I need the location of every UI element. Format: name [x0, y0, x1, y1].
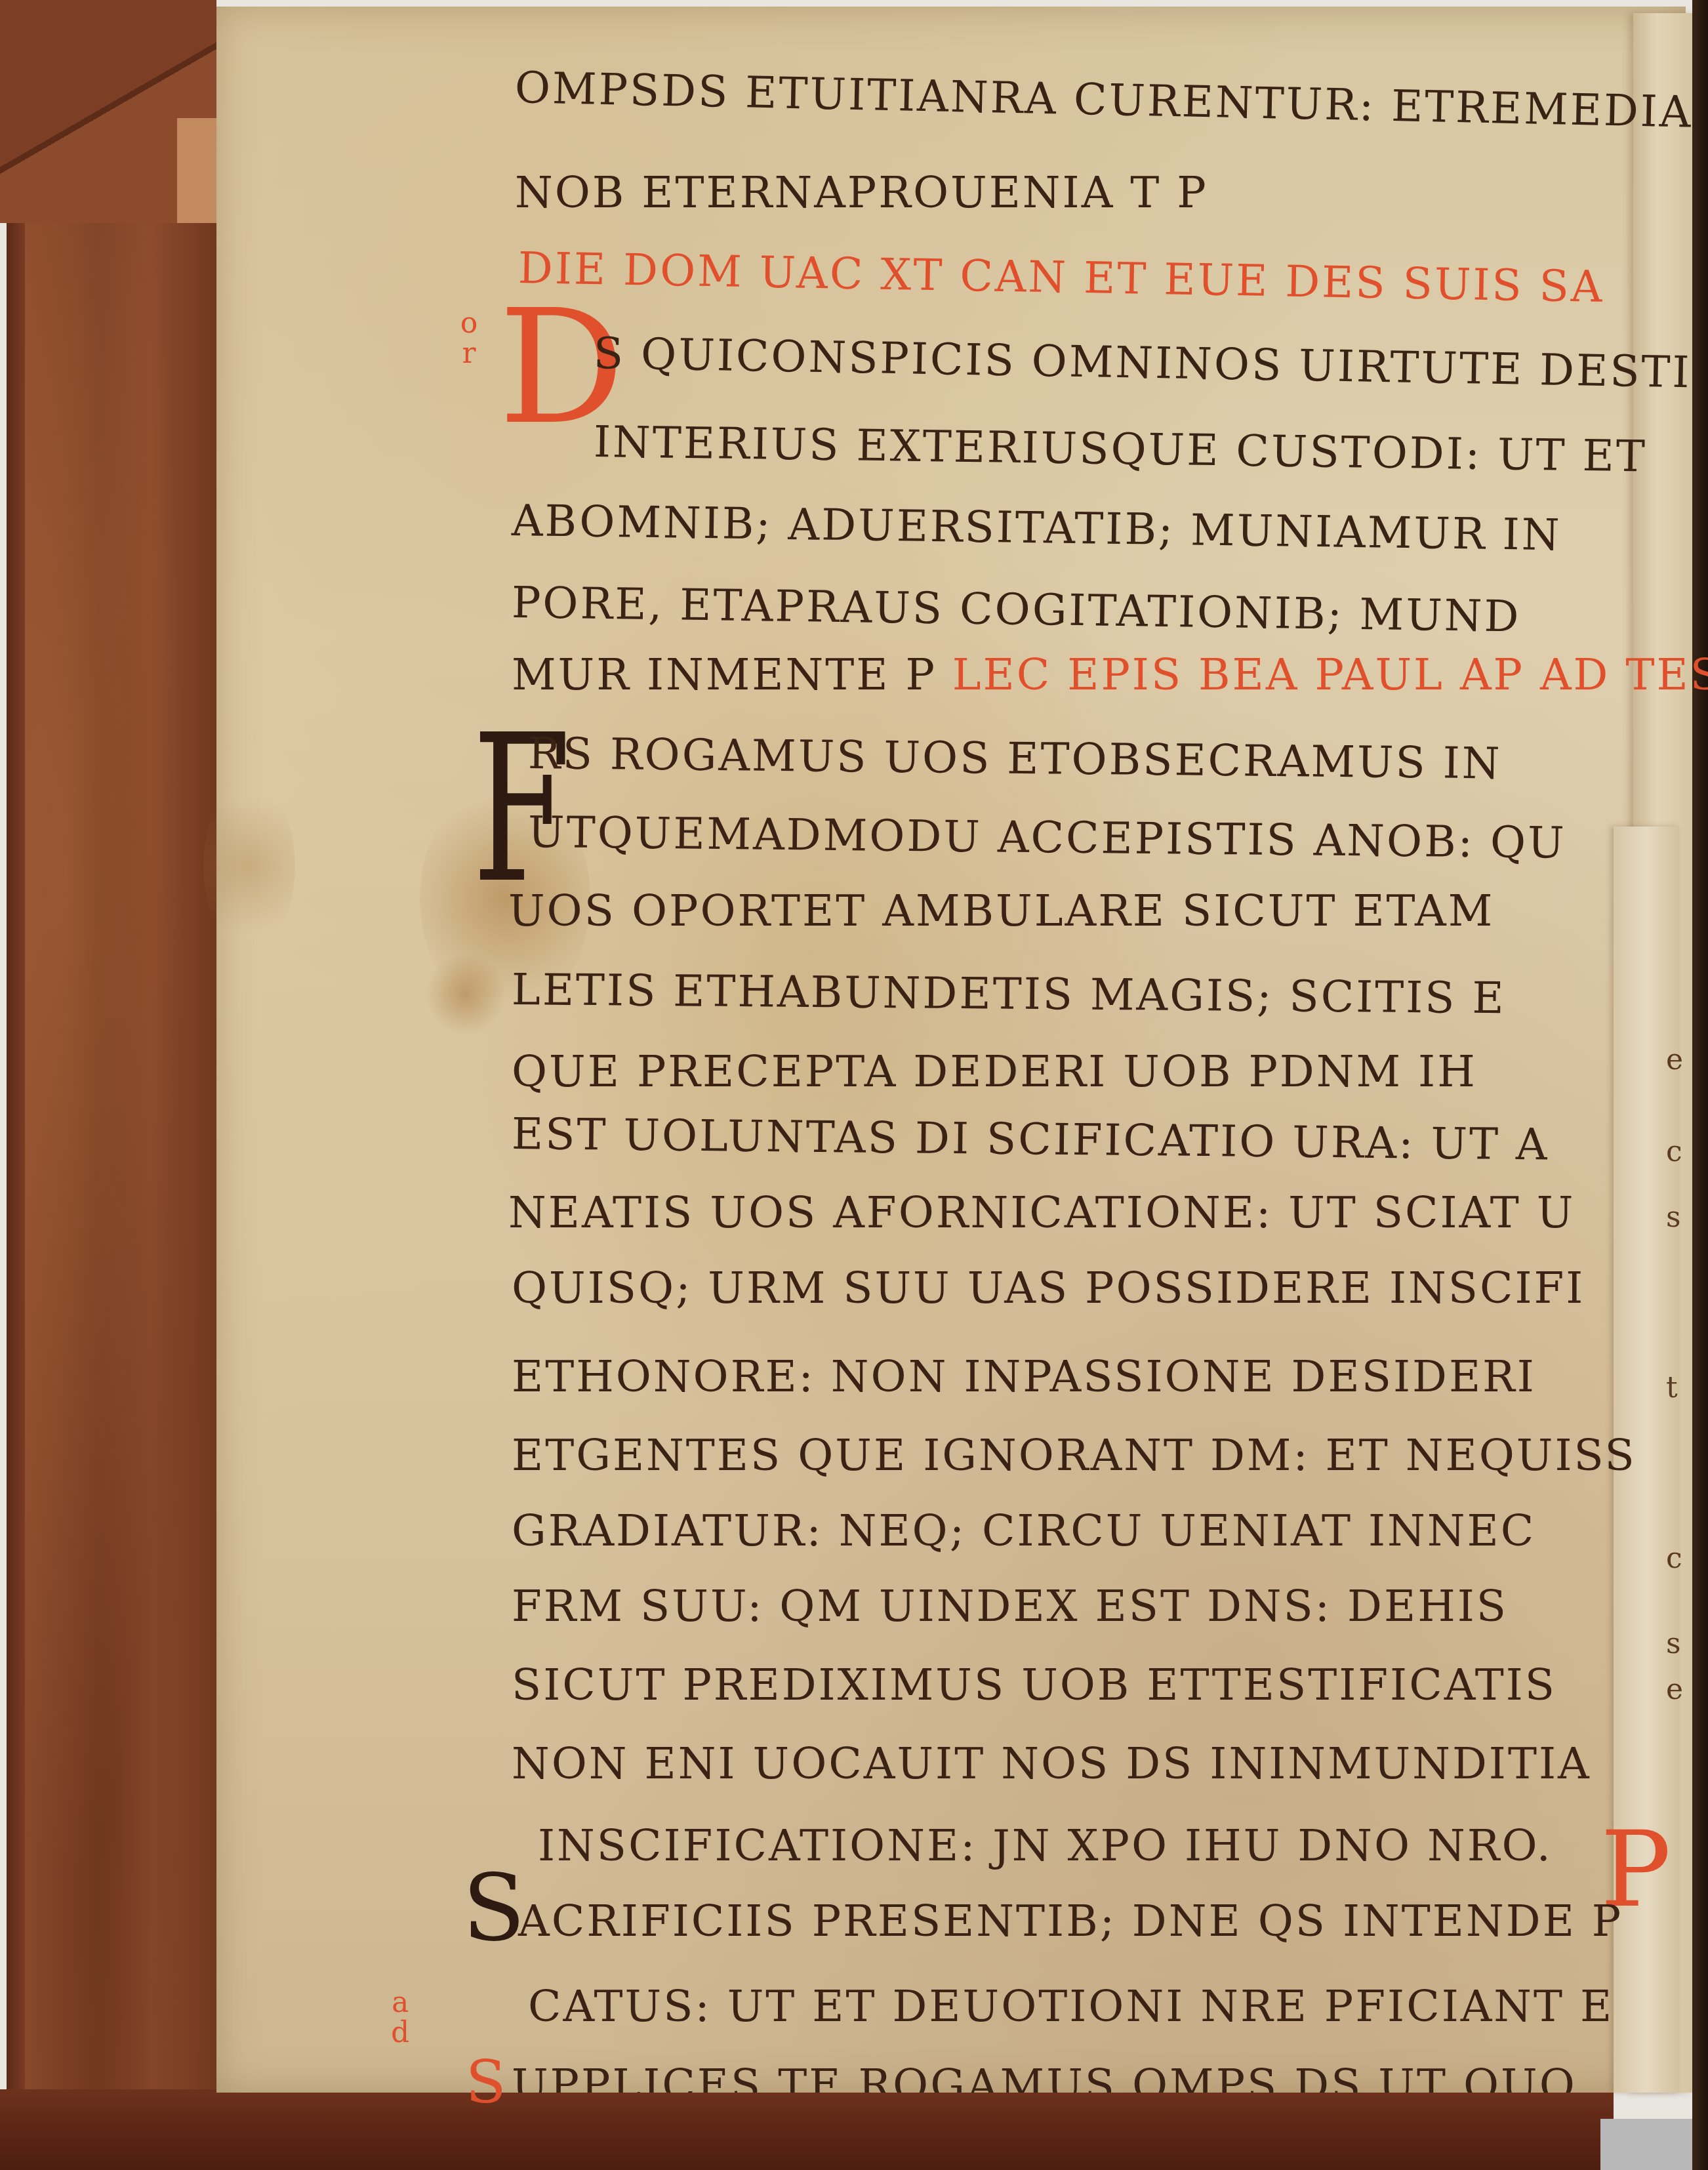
verso-fragment: e: [1666, 1036, 1683, 1084]
text-line-10: uos oportet ambulare sicut etam: [508, 886, 1494, 936]
leather-binding-bottom: [0, 2089, 1614, 2170]
text-line-18: gradiatur: neq; circu ueniat innec: [512, 1505, 1535, 1556]
text-line-11: letis ethabundetis magis; scitis e: [512, 964, 1506, 1023]
dark-initial-s: S: [462, 1863, 525, 1955]
verso-fragment: s: [1666, 1194, 1681, 1241]
text-line-7-main: mur inmente p: [512, 649, 937, 700]
verso-fragment: t: [1666, 1364, 1678, 1412]
leather-binding-board: [0, 0, 216, 2170]
gutter-shadow: [1692, 0, 1708, 2170]
text-line-22: inscificatione: jn xpo ihu dno nro.: [538, 1820, 1553, 1871]
verso-fragment: e: [1666, 1666, 1683, 1713]
margin-note-ad: a d: [387, 1988, 413, 2048]
verso-fragment: c: [1666, 1535, 1682, 1582]
binding-edge: [0, 0, 25, 2170]
text-line-14: neatis uos afornicatione: ut sciat u: [508, 1187, 1575, 1238]
text-line-21: non eni uocauit nos ds ininmunditia: [512, 1738, 1591, 1789]
text-line-24: catus: ut et deuotioni nre pficiant e: [528, 1981, 1614, 2032]
text-line-2: nob eternaprouenia t p: [515, 167, 1208, 218]
text-line-7: mur inmente p Lec epis bea paul ap ad te…: [512, 649, 1708, 700]
text-line-19: frm suu: qm uindex est dns: dehis: [512, 1581, 1508, 1631]
verso-fragment: s: [1666, 1620, 1681, 1668]
margin-note-oratio: o r: [456, 308, 482, 369]
text-line-20: sicut prediximus uob ettestificatis: [512, 1660, 1556, 1710]
text-line-17: etgentes que ignorant dm: et nequiss: [512, 1430, 1637, 1481]
text-line-15: quisq; urm suu uas possidere inscifi: [512, 1263, 1585, 1313]
text-line-8: rs rogamus uos etobsecramus in: [528, 728, 1502, 789]
exposed-board-patch: [177, 118, 216, 223]
red-initial-s: S: [466, 2053, 506, 2112]
water-stain: [203, 781, 295, 951]
text-line-16: ethonore: non inpassione desideri: [512, 1351, 1536, 1402]
rubric-epistle-heading: Lec epis bea paul ap ad tes: [952, 649, 1708, 700]
verso-fragment: c: [1666, 1128, 1682, 1176]
text-line-23: acrificiis presentib; dne qs intende p: [518, 1896, 1623, 1946]
water-stain: [426, 951, 505, 1036]
text-line-12: que precepta dederi uob pdnm ih: [512, 1046, 1477, 1097]
